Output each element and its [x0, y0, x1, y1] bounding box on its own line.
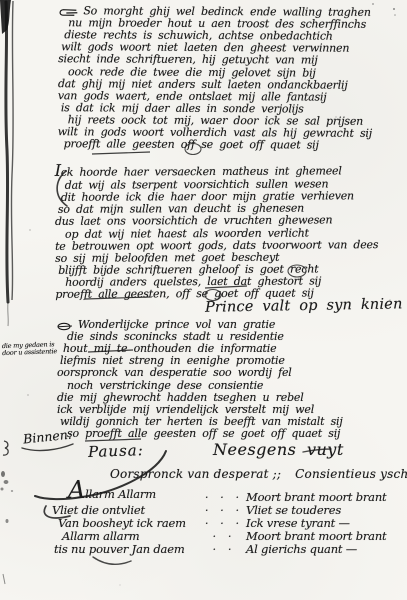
stage-direction-neesgens: Neesgens vuyt [213, 440, 344, 459]
manuscript-line: proefft alle geesten off se goet off qua… [64, 138, 372, 152]
chorus-left: Van boosheyt ick raem [50, 516, 202, 530]
line-text: die sinds sconincks stadt u residentie [67, 330, 284, 343]
line-text: Wonderlijcke prince vol van gratie [78, 318, 275, 331]
chorus-row: tis nu pouver Jan daem · · Al gierichs q… [50, 543, 386, 556]
chorus-row: Allarm allarm · · Moort brant moort bran… [50, 530, 386, 543]
leader-dots: · · · [202, 490, 246, 504]
line-text: wildij gonnich ter herten is beefft van … [60, 415, 343, 428]
stanza-2: Ick hoorde haer versaecken matheus int g… [55, 166, 379, 301]
manuscript-page: So morght ghij wel bedinck ende walling … [0, 0, 407, 600]
chorus-row: Allarm Allarm · · · Moort brant moort br… [50, 491, 386, 504]
chorus-row: Vliet die ontvliet · · · Vliet se touder… [50, 504, 386, 517]
margin-note-line: door u assistentie [2, 348, 64, 357]
line-text: noch verstrickinge dese consientie [67, 379, 263, 392]
line-text: proefft alle geesten off se goet off qua… [64, 137, 319, 151]
chorus-left: tis nu pouver Jan daem [50, 542, 202, 556]
line-text: oorspronck van desperatie soo wordij fel [57, 366, 292, 379]
binding-edge [0, 0, 13, 584]
chorus-left: Allarm Allarm [50, 476, 202, 504]
stanza-3: Wonderlijcke prince vol van gratie die s… [57, 319, 343, 440]
speaker-right: Consientieus yschricken [295, 467, 407, 481]
line-text: so proefft alle geesten off se goet off … [67, 427, 340, 440]
stanza-1: So morght ghij wel bedinck ende walling … [58, 5, 373, 152]
stage-direction-pausa: Pausa: [88, 441, 144, 461]
chorus-left: Vliet die ontvliet [50, 503, 202, 517]
chorus-left: Allarm allarm [50, 529, 202, 543]
chorus-right: Moort brant moort brant [246, 529, 386, 543]
leader-dots: · · [202, 529, 246, 543]
stage-heading-prince: Prince valt op syn knien [205, 296, 405, 315]
line-text: liefmis niet streng in eenighe promotie [60, 354, 285, 367]
leader-dots: · · · [202, 503, 246, 517]
chorus-right: Ick vrese tyrant — [246, 516, 350, 530]
line-text: hout mij te onthouden die informatie [63, 342, 276, 355]
leader-dots: · · · [202, 516, 246, 530]
chorus-right: Al gierichs quant — [246, 542, 357, 556]
manuscript-line: so proefft alle geesten off se goet off … [67, 428, 343, 440]
line-text: die mij ghewrocht hadden tseghen u rebel [57, 391, 304, 404]
chorus-row: Van boosheyt ick raem · · · Ick vrese ty… [50, 517, 386, 530]
leader-dots: · · [202, 542, 246, 556]
line-text: ick verblijde mij vriendelijck verstelt … [57, 403, 314, 416]
margin-note: die my gedaen is door u assistentie [2, 341, 64, 357]
stage-direction-binnen: Binnen: [22, 426, 72, 446]
chorus-right: Vliet se touderes [246, 503, 341, 517]
chorus-right: Moort brant moort brant [246, 490, 386, 504]
chorus-table: Allarm Allarm · · · Moort brant moort br… [50, 491, 386, 556]
